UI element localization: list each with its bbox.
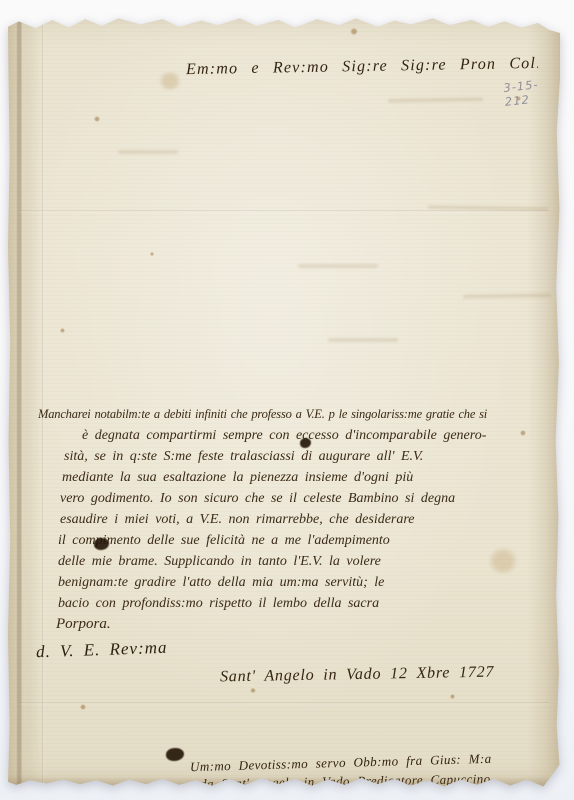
foxing-spot: [94, 116, 100, 122]
body-line: esaudire i miei voti, a V.E. non rimarre…: [38, 509, 556, 530]
body-line: delle mie brame. Supplicando in tanto l'…: [38, 551, 556, 572]
horizontal-fold-crease: [19, 702, 549, 703]
foxing-spot: [350, 28, 358, 35]
body-line: è degnata compartirmi sempre con eccesso…: [38, 425, 556, 446]
archival-number-pencil: 3-15-212: [503, 75, 562, 109]
body-line: benignam:te gradire l'atto della mia um:…: [38, 572, 556, 593]
body-line: vero godimento. Io son sicuro che se il …: [38, 488, 556, 509]
body-line: il compimento delle sue felicità ne a me…: [38, 530, 556, 551]
body-line: Porpora.: [38, 614, 556, 635]
bleedthrough-mark: [463, 293, 551, 299]
foxing-spot: [80, 704, 86, 710]
large-stain: [158, 72, 182, 90]
body-line: sità, se in q:ste S:me feste tralasciass…: [38, 446, 556, 467]
ink-blot: [166, 748, 184, 761]
letter-page: Em:mo e Rev:mo Sig:re Sig:re Pron Col:mo…: [8, 16, 560, 788]
body-line: mediante la sua esaltazione la pienezza …: [38, 467, 556, 488]
letter-dateline: Sant' Angelo in Vado 12 Xbre 1727: [220, 664, 495, 687]
foxing-spot: [450, 694, 455, 699]
body-line: bacio con profondiss:mo rispetto il lemb…: [38, 593, 556, 614]
foxing-spot: [150, 252, 154, 256]
letter-salutation: Em:mo e Rev:mo Sig:re Sig:re Pron Col:mo: [186, 55, 538, 79]
bleedthrough-mark: [328, 338, 398, 342]
foxing-spot: [60, 328, 65, 333]
bleedthrough-mark: [388, 97, 483, 103]
letter-closing-abbreviation: d. V. E. Rev:ma: [36, 638, 168, 663]
bleedthrough-mark: [298, 264, 378, 268]
paper-sheet: Em:mo e Rev:mo Sig:re Sig:re Pron Col:mo…: [8, 16, 560, 788]
bleedthrough-mark: [118, 150, 178, 154]
foxing-spot: [250, 688, 256, 693]
body-line: Mancharei notabilm:te a debiti infiniti …: [38, 404, 556, 425]
horizontal-fold-crease: [19, 210, 549, 211]
letter-body: Mancharei notabilm:te a debiti infiniti …: [38, 404, 556, 635]
vertical-fold-crease: [42, 16, 43, 788]
scan-background: { "document": { "archival_number": "3-15…: [0, 0, 574, 800]
